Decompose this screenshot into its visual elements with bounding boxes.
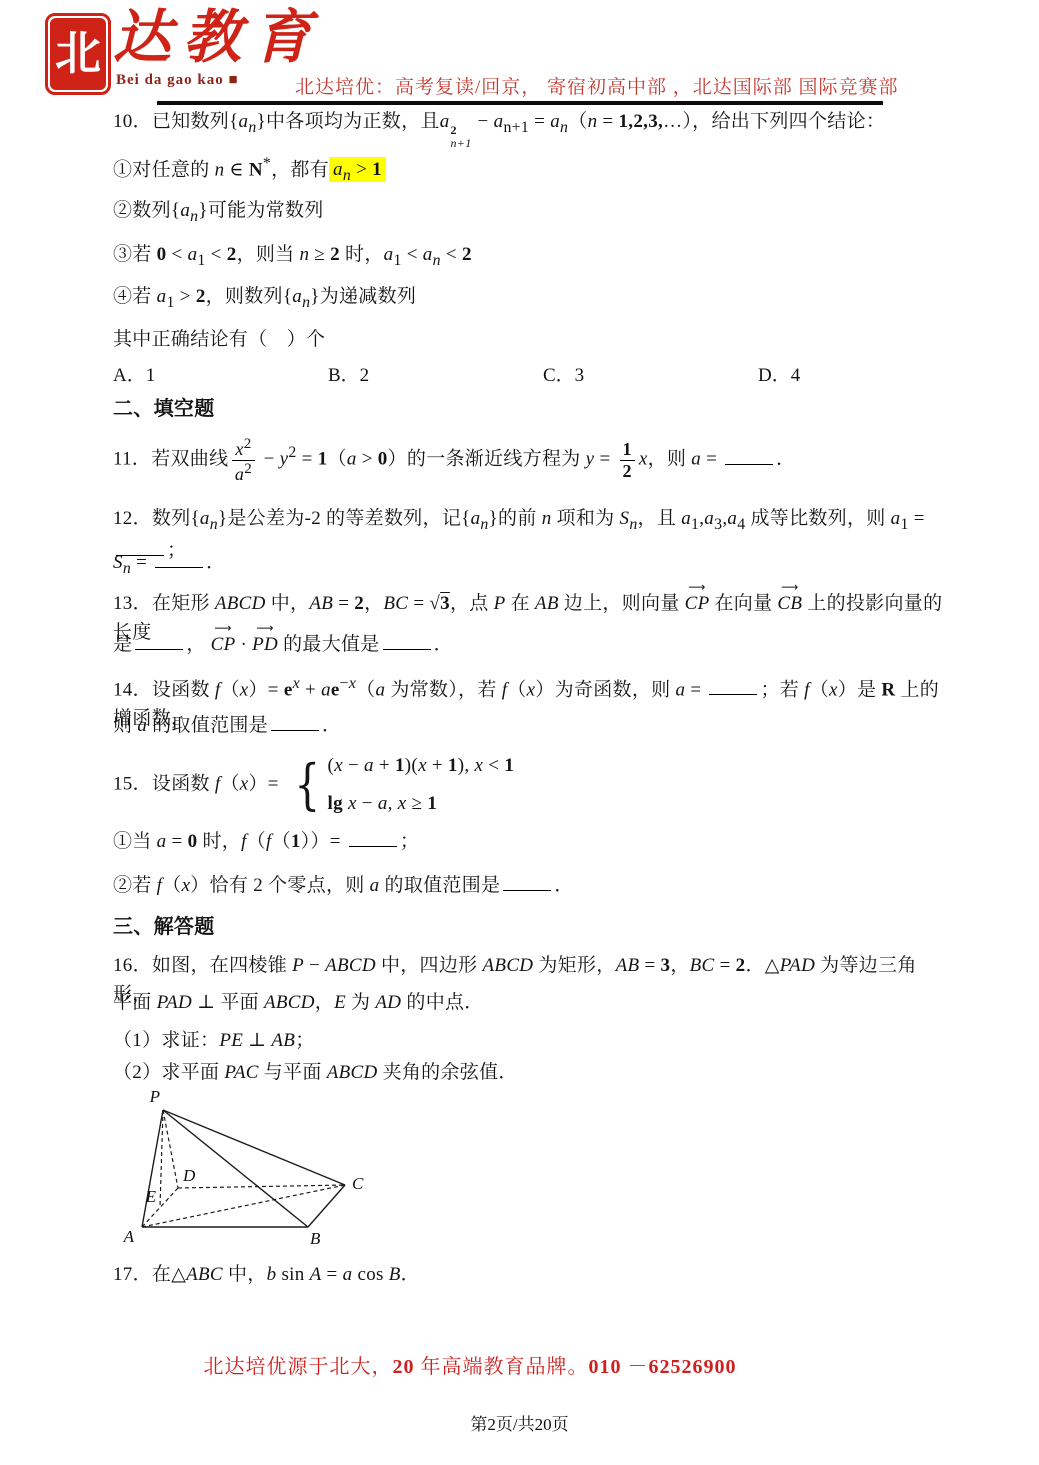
question-10-options: A．1 B．2 C．3 D．4 <box>113 360 973 387</box>
footer-slogan: 北达培优源于北大，20 年高端教育品牌。010 －62526900 <box>0 1350 940 1379</box>
question-17: 17．在△ABC 中，b sin A = a cos B． <box>113 1261 954 1290</box>
question-12-line2: Sn = ． <box>113 549 954 581</box>
option-b: B．2 <box>328 360 543 387</box>
option-c: C．3 <box>543 360 758 387</box>
question-10-conclusion-4: ④若 a1 > 2，则数列{an}为递减数列 <box>113 283 954 315</box>
brand-seal-inner: 北 <box>50 18 106 90</box>
brand-seal-icon: 北 <box>45 13 111 95</box>
edge-DC <box>178 1185 345 1188</box>
edge-PA <box>142 1110 163 1227</box>
pyramid-figure: P A B C D E <box>116 1086 396 1264</box>
edge-PD <box>163 1110 178 1188</box>
option-d: D．4 <box>758 360 973 387</box>
brand-seal-character: 北 <box>55 31 101 77</box>
question-10-conclusion-3: ③若 0 < a1 < 2，则当 n ≥ 2 时，a1 < an < 2 <box>113 241 954 273</box>
vertex-label-B: B <box>310 1229 321 1248</box>
question-13-line2: 是，CP·PD的最大值是． <box>113 631 954 660</box>
section-fill-in-title: 二、填空题 <box>113 394 954 424</box>
question-10-conclusion-2: ②数列{an}可能为常数列 <box>113 197 954 229</box>
brand-calligraphy: 达教育 <box>113 6 323 70</box>
question-15-part2: ②若 f（x）恰有 2 个零点，则 a 的取值范围是． <box>113 872 954 901</box>
vertex-label-C: C <box>352 1174 364 1193</box>
option-a: A．1 <box>113 360 328 387</box>
header-tagline: 北达培优：高考复读/回京， 寄宿初高中部 ，北达国际部 国际竞赛部 <box>295 72 899 99</box>
edge-AC <box>142 1185 345 1227</box>
question-16-sub2: （2）求平面 PAC 与平面 ABCD 夹角的余弦值． <box>113 1059 954 1088</box>
question-16-line2: 平面 PAD ⊥ 平面 ABCD，E 为 AD 的中点． <box>113 989 954 1018</box>
question-14-line2: 则 a 的取值范围是． <box>113 712 954 741</box>
question-15-part1: ①当 a = 0 时，f（f（1））= ； <box>113 828 954 857</box>
question-10-ask: 其中正确结论有（ ）个 <box>113 326 954 355</box>
question-16-sub1: （1）求证：PE ⊥ AB； <box>113 1027 954 1056</box>
question-15-stem: 15．设函数 f（x）= {(x − a + 1)(x + 1), x < 1l… <box>113 752 954 818</box>
vertex-label-A: A <box>123 1227 135 1246</box>
question-11: 11．若双曲线x2a2 − y2 = 1（a > 0）的一条渐近线方程为 y =… <box>113 436 954 484</box>
vertex-label-P: P <box>149 1087 160 1106</box>
vertex-label-D: D <box>182 1166 196 1185</box>
page-number: 第2页/共20页 <box>0 1410 1039 1435</box>
brand-pinyin: Bei da gao kao ■ <box>116 72 239 89</box>
document-page: 北 达教育 Bei da gao kao ■ 北达培优：高考复读/回京， 寄宿初… <box>0 0 1039 1465</box>
section-solve-title: 三、解答题 <box>113 912 954 942</box>
header-divider <box>157 101 883 105</box>
vertex-label-E: E <box>145 1187 157 1206</box>
question-10-stem: 10．已知数列{an}中各项均为正数，且a2n+1 − an+1 = an（n … <box>113 108 954 149</box>
question-10-conclusion-1: ①对任意的 n ∈ N*，都有an > 1 <box>113 152 954 188</box>
